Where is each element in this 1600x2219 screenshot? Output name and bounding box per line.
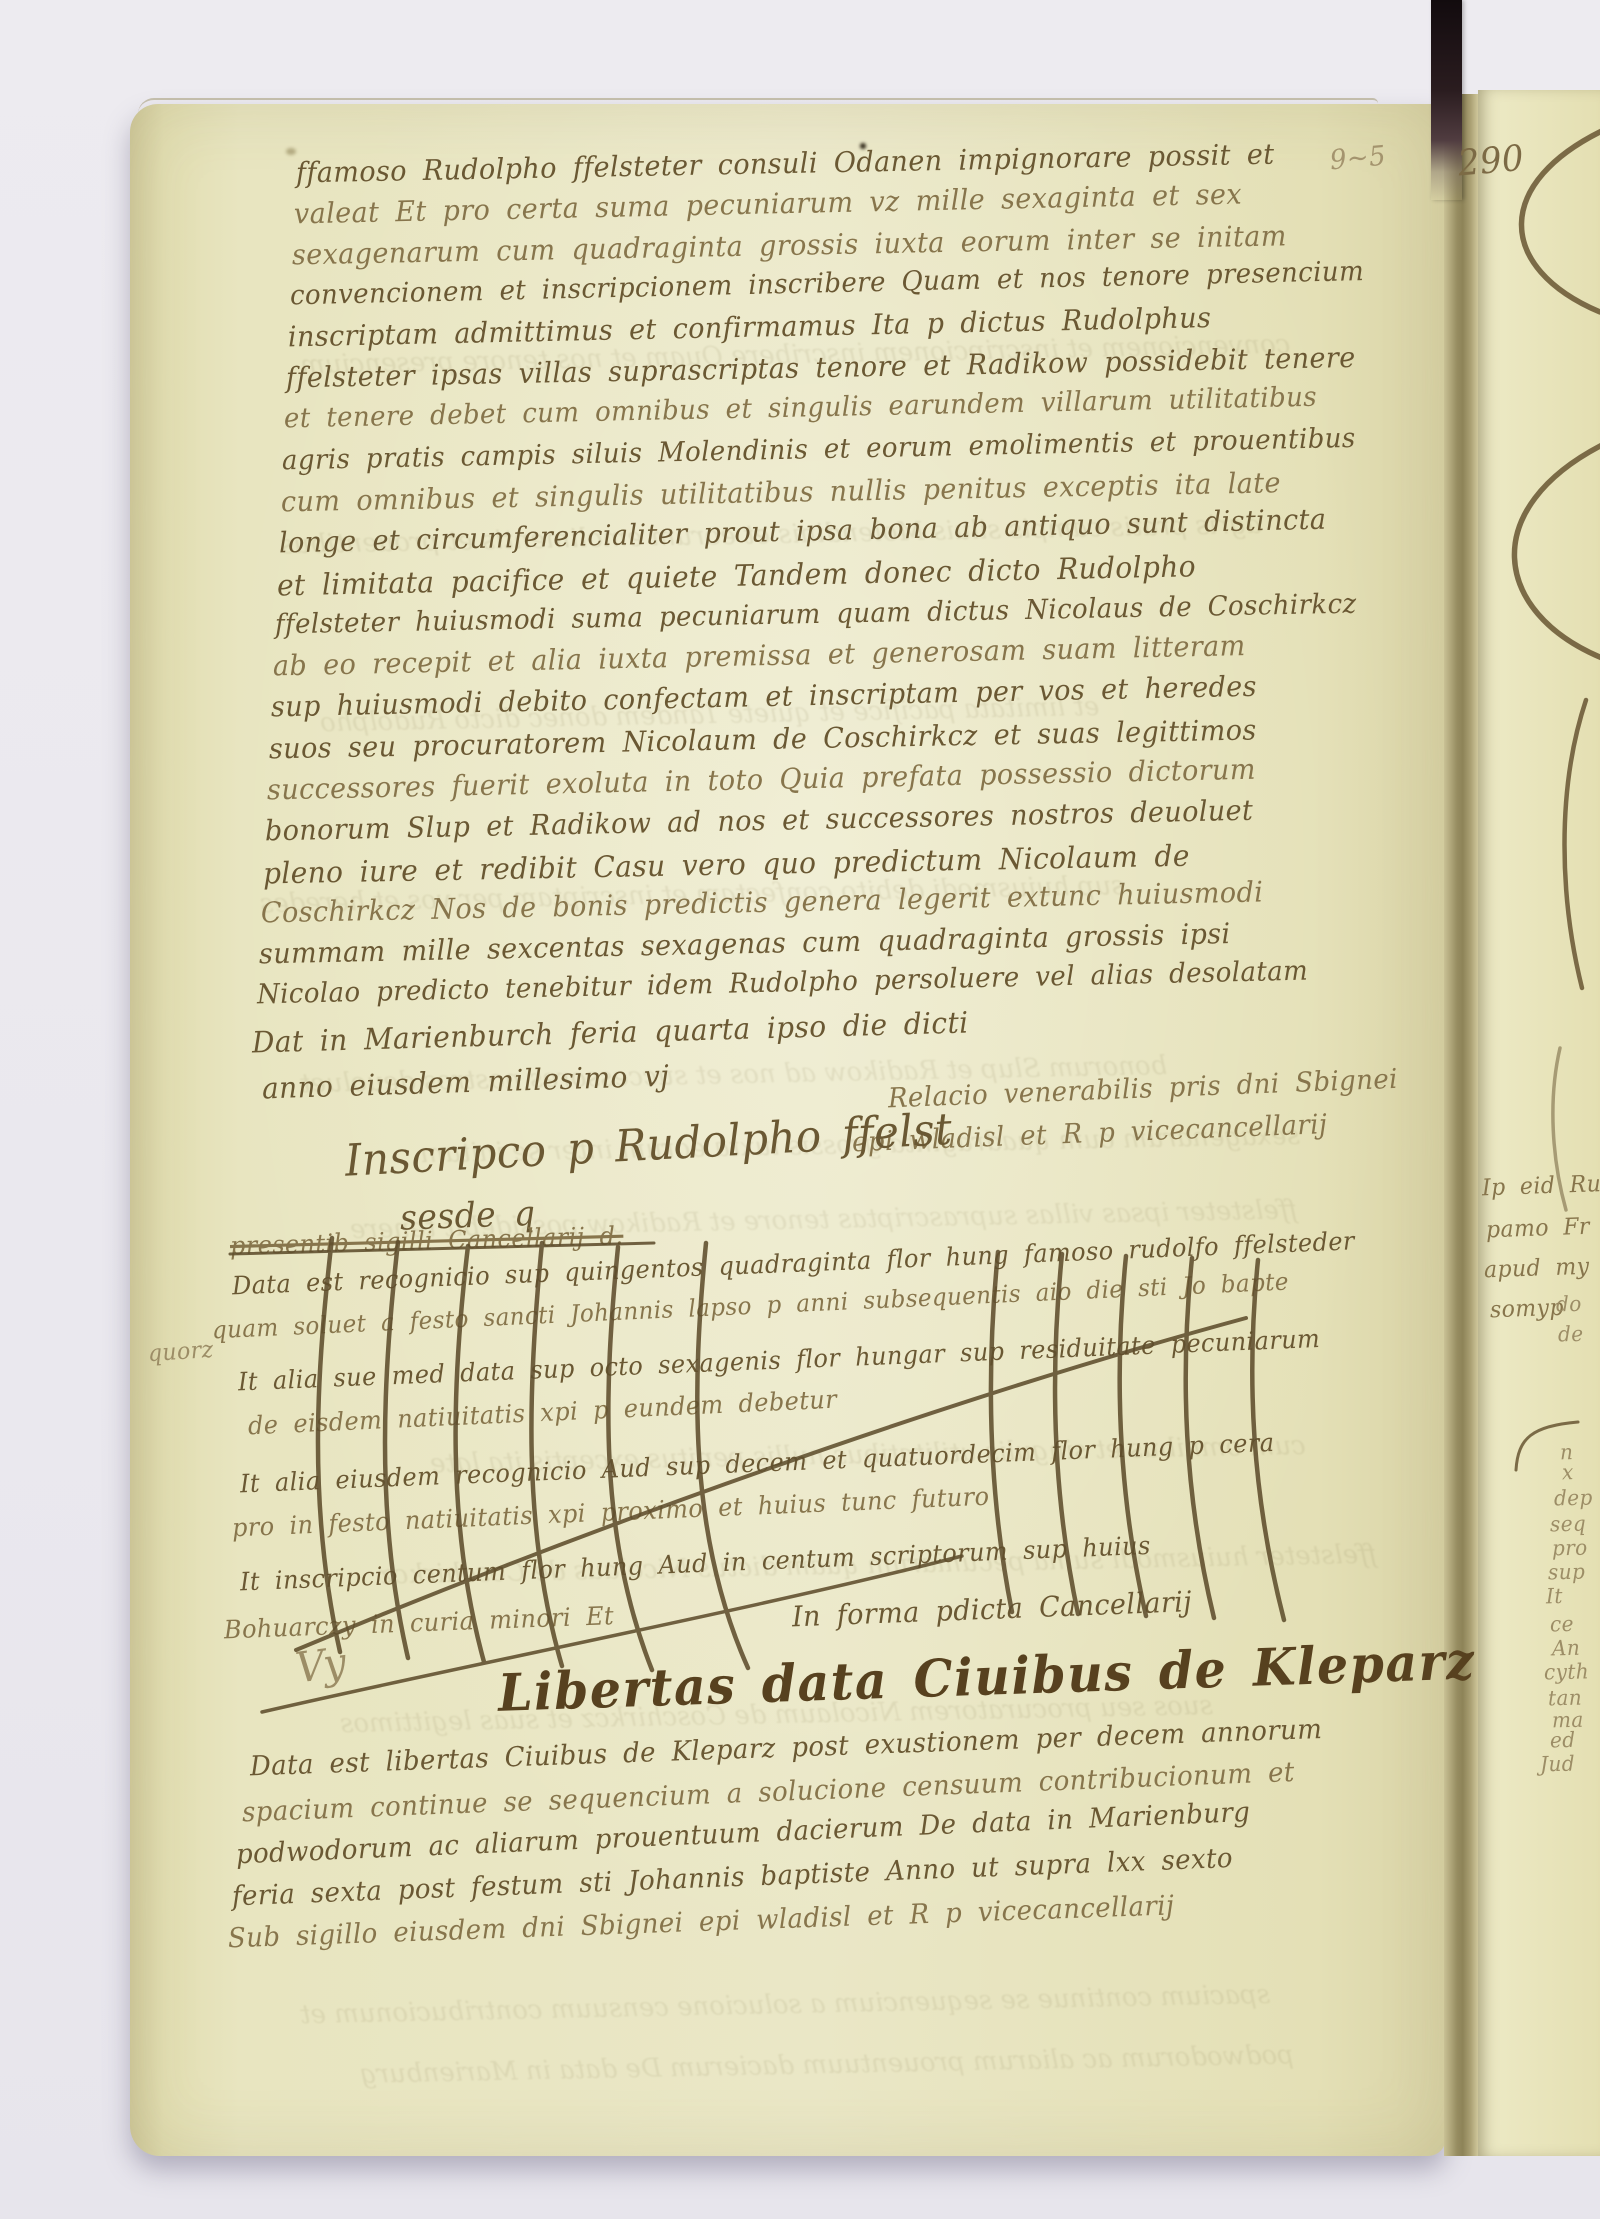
facing-page-sliver — [1478, 90, 1600, 2156]
facing-page-edge-word: cyth — [1544, 1658, 1590, 1684]
facing-page-edge-word: de — [1558, 1321, 1584, 1347]
pen-trial: Vy — [293, 1639, 349, 1693]
facing-page-edge-word: ce — [1550, 1611, 1574, 1637]
facing-page-fragment: Ip eid Rudol — [1482, 1170, 1600, 1202]
folio-number: 290 — [1456, 137, 1526, 185]
facing-page-edge-word: x — [1562, 1459, 1574, 1484]
facing-page-edge-word: seq — [1550, 1511, 1587, 1537]
facing-page-edge-word: dep — [1554, 1485, 1593, 1511]
facing-page-edge-word: Jud — [1540, 1751, 1575, 1777]
facing-page-edge-word: It — [1546, 1583, 1563, 1609]
gutter-shadow — [1444, 94, 1478, 2156]
facing-page-edge-word: do — [1556, 1291, 1582, 1317]
bookmark-ribbon — [1431, 0, 1462, 200]
facing-page-edge-word: pro — [1552, 1535, 1588, 1561]
facing-page-edge-word: An — [1552, 1635, 1581, 1661]
margin-note: quorz — [147, 1337, 214, 1368]
ink-smudge — [286, 148, 296, 155]
facing-page-edge-word: ed — [1550, 1727, 1576, 1753]
facing-page-fragment: somyp — [1490, 1295, 1565, 1324]
facing-page-edge-word: sup — [1548, 1559, 1586, 1585]
facing-page-fragment: pamo Fr — [1486, 1214, 1591, 1244]
corner-mark: 9~5 — [1329, 140, 1388, 176]
facing-page-fragment: apud my — [1484, 1254, 1590, 1284]
manuscript-photo: convencionem et inscripcionem inscribere… — [0, 0, 1600, 2219]
